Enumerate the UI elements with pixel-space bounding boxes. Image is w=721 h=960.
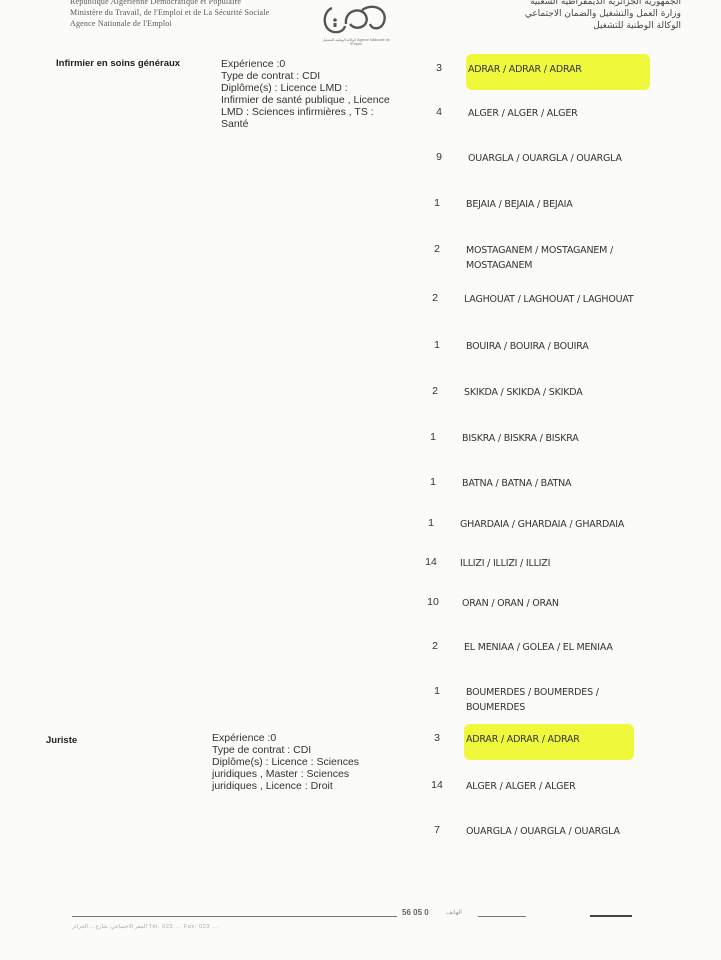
job-details: Expérience :0 Type de contrat : CDI Dipl…	[221, 58, 421, 130]
posting-quantity: 2	[426, 292, 444, 304]
posting-location: GHARDAIA / GHARDAIA / GHARDAIA	[460, 517, 680, 532]
header-left-block: République Algérienne Démocratique et Po…	[70, 0, 269, 29]
posting-location: ILLIZI / ILLIZI / ILLIZI	[460, 556, 680, 571]
posting-quantity: 2	[428, 243, 446, 255]
posting-quantity: 10	[424, 596, 442, 608]
posting-location: OUARGLA / OUARGLA / OUARGLA	[468, 151, 688, 166]
footer-divider	[72, 916, 397, 917]
posting-quantity: 14	[428, 779, 446, 791]
posting-quantity: 14	[422, 556, 440, 568]
detail-line: Santé	[221, 118, 421, 130]
posting-quantity: 1	[424, 431, 442, 443]
posting-location: SKIKDA / SKIKDA / SKIKDA	[464, 385, 684, 400]
header-left-line-2: Ministère du Travail, de l'Emploi et de …	[70, 7, 269, 18]
header-right-line-1: الجمهورية الجزائرية الديمقراطية الشعبية	[525, 0, 681, 8]
header-left-line-3: Agence Nationale de l'Emploi	[70, 18, 269, 29]
posting-location: BISKRA / BISKRA / BISKRA	[462, 431, 682, 446]
posting-location: BEJAIA / BEJAIA / BEJAIA	[466, 197, 686, 212]
posting-location: ADRAR / ADRAR / ADRAR	[466, 732, 686, 747]
posting-quantity: 1	[422, 517, 440, 529]
posting-quantity: 1	[428, 339, 446, 351]
logo-caption: الوكالة الوطنية للتشغيل Agence Nationale…	[318, 38, 394, 46]
posting-location: BOUIRA / BOUIRA / BOUIRA	[466, 339, 686, 354]
posting-quantity: 4	[430, 106, 448, 118]
posting-quantity: 1	[428, 197, 446, 209]
posting-location: ALGER / ALGER / ALGER	[468, 106, 688, 121]
footer-divider	[478, 916, 526, 917]
header-right-block: الجمهورية الجزائرية الديمقراطية الشعبية …	[525, 0, 681, 32]
footer-address: المقر الاجتماعي: شارع ... الجزائر Tél: 0…	[72, 924, 219, 930]
posting-location: ORAN / ORAN / ORAN	[462, 596, 682, 611]
detail-line: LMD : Sciences infirmières , TS :	[221, 106, 421, 118]
footer-number: 56 05 0	[402, 908, 429, 917]
posting-quantity: 9	[430, 151, 448, 163]
posting-location: LAGHOUAT / LAGHOUAT / LAGHOUAT	[464, 292, 684, 307]
posting-quantity: 7	[428, 824, 446, 836]
posting-location: BATNA / BATNA / BATNA	[462, 476, 682, 491]
posting-location: ADRAR / ADRAR / ADRAR	[468, 62, 688, 77]
posting-quantity: 1	[424, 476, 442, 488]
detail-line: Diplôme(s) : Licence : Sciences	[212, 756, 412, 768]
detail-line: Type de contrat : CDI	[221, 70, 421, 82]
posting-quantity: 1	[428, 685, 446, 697]
posting-location: OUARGLA / OUARGLA / OUARGLA	[466, 824, 686, 839]
job-title: Juriste	[46, 735, 77, 746]
detail-line: Infirmier de santé publique , Licence	[221, 94, 421, 106]
posting-location: BOUMERDES / BOUMERDES / BOUMERDES	[466, 685, 656, 715]
detail-line: Expérience :0	[221, 58, 421, 70]
detail-line: juridiques , Master : Sciences	[212, 768, 412, 780]
posting-location: EL MENIAA / GOLEA / EL MENIAA	[464, 640, 684, 655]
header-right-line-3: الوكالة الوطنية للتشغيل	[525, 20, 681, 32]
detail-line: Expérience :0	[212, 732, 412, 744]
header-left-line-1: République Algérienne Démocratique et Po…	[70, 0, 269, 7]
posting-location: MOSTAGANEM / MOSTAGANEM / MOSTAGANEM	[466, 243, 656, 273]
posting-quantity: 2	[426, 385, 444, 397]
posting-location: ALGER / ALGER / ALGER	[466, 779, 686, 794]
posting-quantity: 3	[428, 732, 446, 744]
posting-quantity: 3	[430, 62, 448, 74]
posting-quantity: 2	[426, 640, 444, 652]
detail-line: Type de contrat : CDI	[212, 744, 412, 756]
footer-arabic-label: الهاتف	[446, 909, 462, 916]
job-details: Expérience :0 Type de contrat : CDI Dipl…	[212, 732, 412, 792]
header-right-line-2: وزارة العمل والتشغيل والضمان الاجتماعي	[525, 8, 681, 20]
detail-line: juridiques , Licence : Droit	[212, 780, 412, 792]
job-title: Infirmier en soins généraux	[56, 58, 180, 69]
footer-divider	[590, 915, 632, 917]
detail-line: Diplôme(s) : Licence LMD :	[221, 82, 421, 94]
